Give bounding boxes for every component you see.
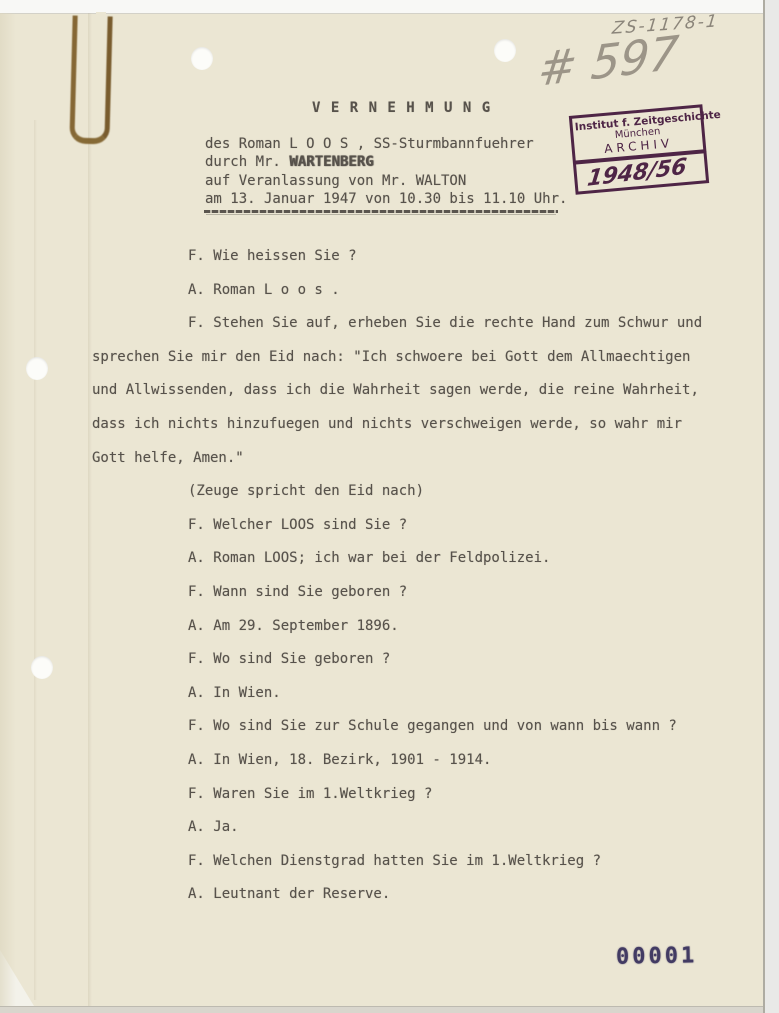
transcript-line: und Allwissenden, dass ich die Wahrheit … [0, 374, 763, 408]
transcript-line: F. Wo sind Sie geboren ? [0, 643, 763, 677]
transcript-line: A. Roman LOOS; ich war bei der Feldpoliz… [0, 542, 763, 576]
transcript-line: A. In Wien. [0, 677, 763, 711]
transcript-line: A. Am 29. September 1896. [0, 610, 763, 644]
transcript-line: sprechen Sie mir den Eid nach: "Ich schw… [0, 341, 763, 375]
scanner-edge-bottom [0, 1006, 763, 1013]
scanner-edge-right [763, 0, 779, 1013]
transcript: F. Wie heissen Sie ?A. Roman L o o s .F.… [0, 240, 763, 912]
handwritten-document-number: # 597 [536, 25, 681, 97]
paperclip-mark [96, 12, 106, 40]
transcript-line: F. Stehen Sie auf, erheben Sie die recht… [0, 307, 763, 341]
transcript-line: F. Welchen Dienstgrad hatten Sie im 1.We… [0, 845, 763, 879]
scanner-edge-top [0, 0, 779, 14]
transcript-line: A. Leutnant der Reserve. [0, 878, 763, 912]
paperclip-mark [69, 15, 112, 144]
transcript-line: A. Roman L o o s . [0, 274, 763, 308]
page-number-stamp: 00001 [616, 943, 698, 969]
transcript-line: dass ich nichts hinzufuegen und nichts v… [0, 408, 763, 442]
interrogator-name: WARTENBERG [289, 154, 373, 170]
transcript-line: (Zeuge spricht den Eid nach) [0, 475, 763, 509]
scanned-document-page: ZS-1178-1 # 597 Institut f. Zeitgeschich… [0, 0, 779, 1013]
transcript-line: A. Ja. [0, 811, 763, 845]
header-interrogator-line: durch Mr. WARTENBERG [205, 153, 567, 171]
punch-hole [494, 39, 516, 62]
header-datetime-line: am 13. Januar 1947 von 10.30 bis 11.10 U… [205, 190, 567, 208]
transcript-line: Gott helfe, Amen." [0, 442, 763, 476]
transcript-line: A. In Wien, 18. Bezirk, 1901 - 1914. [0, 744, 763, 778]
document-title: V E R N E H M U N G [312, 100, 491, 116]
transcript-line: F. Wie heissen Sie ? [0, 240, 763, 274]
punch-hole [191, 47, 213, 70]
header-subject-line: des Roman L O O S , SS-Sturmbannfuehrer [205, 135, 567, 153]
header-authority-line: auf Veranlassung von Mr. WALTON [205, 172, 567, 190]
transcript-line: F. Welcher LOOS sind Sie ? [0, 509, 763, 543]
transcript-line: F. Wo sind Sie zur Schule gegangen und v… [0, 710, 763, 744]
transcript-line: F. Wann sind Sie geboren ? [0, 576, 763, 610]
header-underline [204, 210, 558, 213]
archive-stamp: Institut f. Zeitgeschichte München ARCHI… [569, 104, 709, 194]
document-header: des Roman L O O S , SS-Sturmbannfuehrer … [205, 135, 567, 209]
transcript-line: F. Waren Sie im 1.Weltkrieg ? [0, 778, 763, 812]
